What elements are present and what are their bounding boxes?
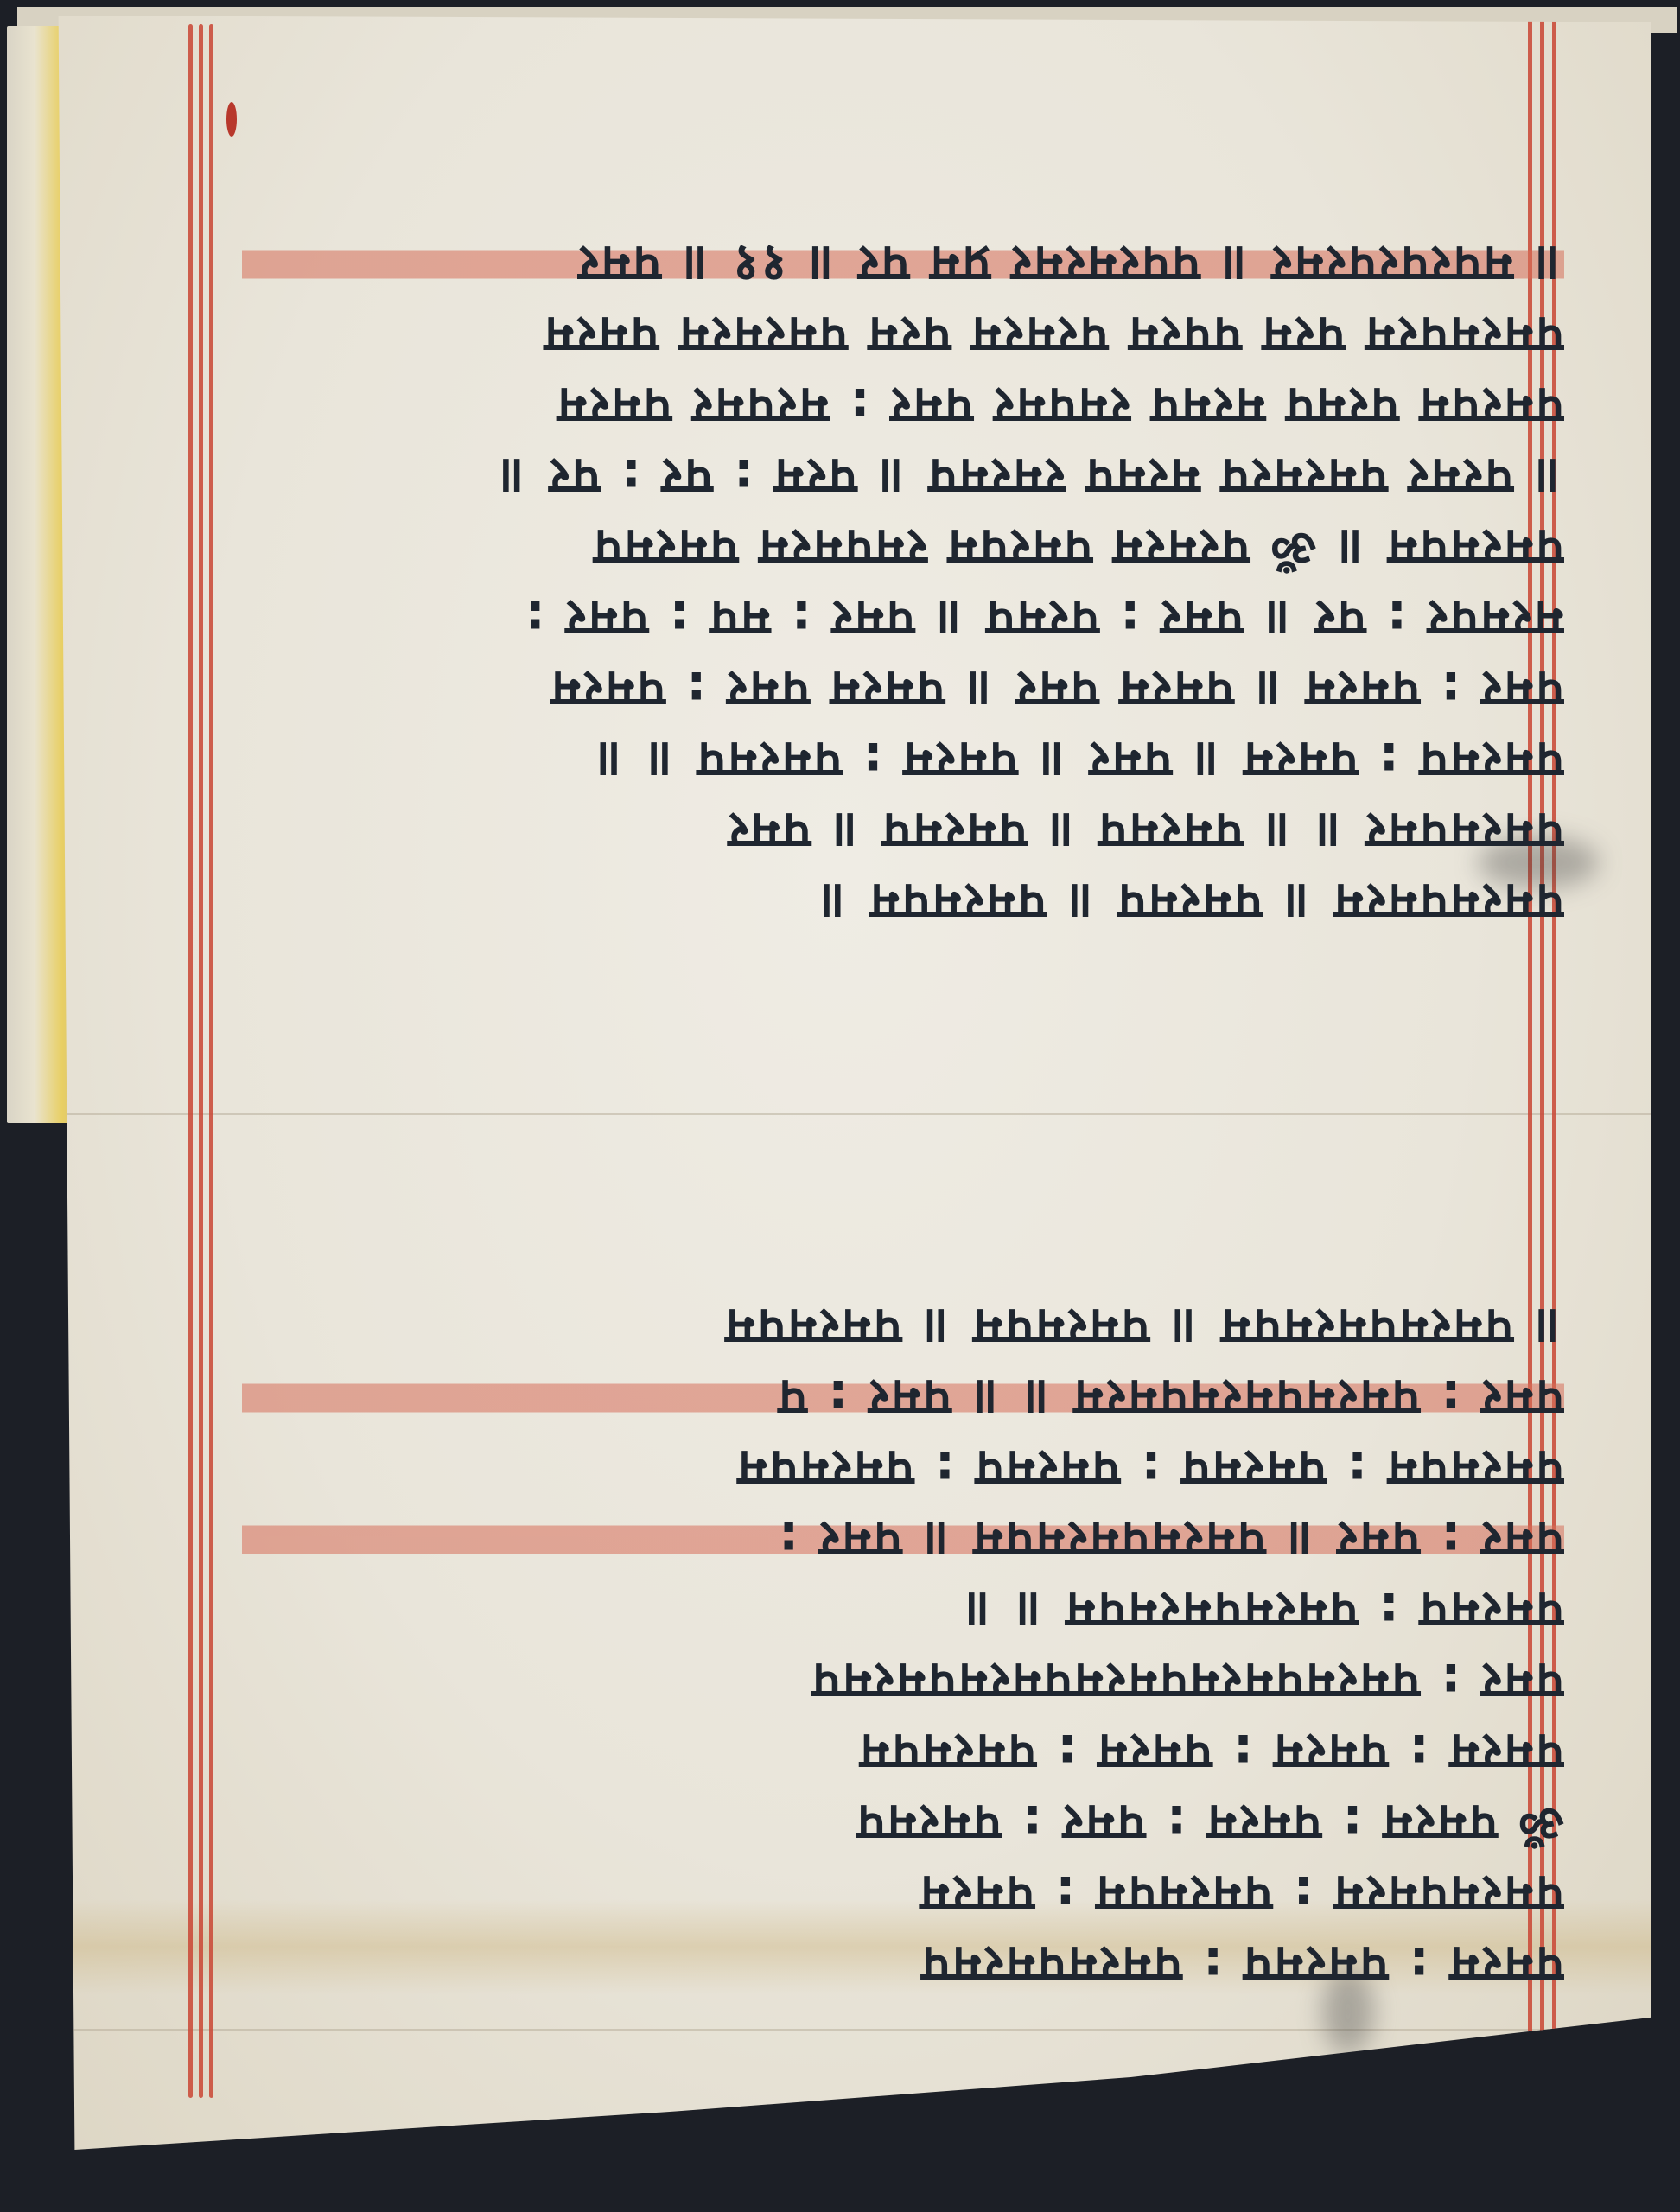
page-fold [26,1113,1651,1115]
text-line: पमरपम परमप मरमप रमपमर पमर : मरपमर पमरम [242,371,1564,442]
left-margin-rule [209,24,213,2098]
text-line-highlighted: ॥ मपरपरपरमर ॥ पपरमरमर प्रम पर ॥ ११ ॥ पमर [242,229,1564,300]
text-line: ॥ पमरमपमरमपम ॥ पमरमपम ॥ पमरमपम [242,1292,1564,1363]
left-margin-rule [199,24,203,2098]
text-line-highlighted: पमर : पमरमपमरमपमरम ॥ ॥ पमर : प [242,1363,1564,1433]
text-line: पमरमपमरम ॥ पमरमप ॥ पमरमपम ॥ [242,867,1564,938]
ink-drip [226,102,237,137]
text-line: पमरमप : पमरम ॥ पमर ॥ पमरम : पमरमप ॥ ॥ [242,725,1564,796]
text-line: पमरमपम : पमरमप : पमरमप : पमरमपम [242,1433,1564,1504]
text-line-highlighted: पमर : पमर ॥ पमरमपमरमपम ॥ पमर : [242,1504,1564,1575]
text-line: पमर : पमरम ॥ पमरम पमर ॥ पमरम पमर : पमरम [242,654,1564,725]
text-line: पमरम : पमरम : पमरम : पमरमपम [242,1717,1564,1788]
text-line: पमरमपमर ॥ ॥ पमरमप ॥ पमरमप ॥ पमर [242,796,1564,867]
text-line: ॐ पमरम : पमरम : पमर : पमरमप [242,1788,1564,1859]
text-line: पमरम : पमरमप : पमरमपमरमप [242,1929,1564,2000]
left-margin-rule [188,24,193,2098]
page-fold [26,2029,1651,2031]
text-line: पमरमपमरम : पमरमपम : पमरम [242,1859,1564,1929]
text-line: मरमपर : पर ॥ पमर : परमप ॥ पमर : मप : पमर… [242,583,1564,654]
text-line: पमरमपरम परम पपरम परमरम परम पमरमरम पमरम [242,300,1564,371]
upper-text-block: पमरमपमरम ॥ पमरमप ॥ पमरमपम ॥ पमरमपमर ॥ ॥ … [242,160,1564,938]
text-line: ॥ परमर पमरमरप मरमप रमरमप ॥ परम : पर : पर… [242,442,1564,512]
text-line: पमरमपम ॥ ॐ परमरम पमरपम रमपमरम पमरमप [242,512,1564,583]
lower-text-block: पमरम : पमरमप : पमरमपमरमप पमरमपमरम : पमरम… [242,1223,1564,2000]
text-line: पमर : पमरमपमरमपमरमपमरमपमरमप [242,1646,1564,1717]
text-line: पमरमप : पमरमपमरमपम ॥ ॥ [242,1575,1564,1646]
